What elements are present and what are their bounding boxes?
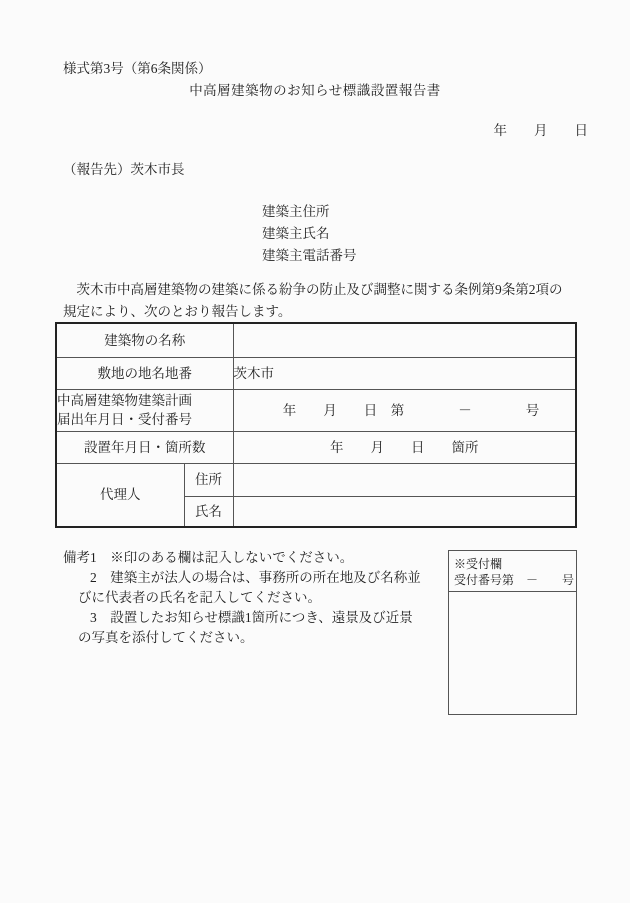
installation-date-label: 設置年月日・箇所数 xyxy=(56,431,233,463)
table-row-site-address: 敷地の地名地番 茨木市 xyxy=(56,357,576,389)
notification-date-label: 中高層建築物建築計画 届出年月日・受付番号 xyxy=(56,389,233,431)
building-name-value xyxy=(233,323,576,357)
building-name-label: 建築物の名称 xyxy=(56,323,233,357)
recipient-line: （報告先）茨木市長 xyxy=(63,160,185,179)
site-address-label: 敷地の地名地番 xyxy=(56,357,233,389)
form-number: 様式第3号（第6条関係） xyxy=(63,59,212,78)
agent-address-label: 住所 xyxy=(184,463,233,496)
applicant-phone-label: 建築主電話番号 xyxy=(262,245,357,267)
agent-name-value xyxy=(233,496,576,527)
note-line-3-continued: の写真を添付してください。 xyxy=(78,628,443,648)
table-row-notification-date: 中高層建築物建築計画 届出年月日・受付番号 年 月 日 第 － 号 xyxy=(56,389,576,431)
page-title: 中高層建築物のお知らせ標識設置報告書 xyxy=(0,81,630,100)
note-line-3: 3 設置したお知らせ標識1箇所につき、遠景及び近景 xyxy=(90,608,443,628)
receipt-box-header: ※受付欄 受付番号第 － 号 xyxy=(449,551,576,592)
receipt-box-title: ※受付欄 xyxy=(454,556,572,572)
receipt-box-empty-area xyxy=(449,592,576,712)
site-address-value: 茨木市 xyxy=(233,357,576,389)
installation-date-value: 年 月 日 箇所 xyxy=(233,431,576,463)
intro-paragraph: 茨木市中高層建築物の建築に係る紛争の防止及び調整に関する条例第9条第2項の 規定… xyxy=(63,279,581,323)
receipt-number-line: 受付番号第 － 号 xyxy=(454,572,572,588)
applicant-name-label: 建築主氏名 xyxy=(262,223,357,245)
agent-address-value xyxy=(233,463,576,496)
table-row-building-name: 建築物の名称 xyxy=(56,323,576,357)
notification-date-value: 年 月 日 第 － 号 xyxy=(233,389,576,431)
receipt-box: ※受付欄 受付番号第 － 号 xyxy=(448,550,577,715)
table-row-installation-date: 設置年月日・箇所数 年 月 日 箇所 xyxy=(56,431,576,463)
applicant-address-label: 建築主住所 xyxy=(262,201,357,223)
document-page: 様式第3号（第6条関係） 中高層建築物のお知らせ標識設置報告書 年 月 日 （報… xyxy=(0,0,630,903)
date-line: 年 月 日 xyxy=(494,121,589,140)
agent-name-label: 氏名 xyxy=(184,496,233,527)
note-line-2: 2 建築主が法人の場合は、事務所の所在地及び名称並 xyxy=(90,568,443,588)
note-line-1: 備考1 ※印のある欄は記入しないでください。 xyxy=(63,548,443,568)
agent-label: 代理人 xyxy=(56,463,184,527)
report-table: 建築物の名称 敷地の地名地番 茨木市 中高層建築物建築計画 届出年月日・受付番号… xyxy=(55,322,577,528)
notes-block: 備考1 ※印のある欄は記入しないでください。 2 建築主が法人の場合は、事務所の… xyxy=(63,548,443,648)
applicant-fields: 建築主住所 建築主氏名 建築主電話番号 xyxy=(262,201,357,267)
note-line-2-continued: びに代表者の氏名を記入してください。 xyxy=(78,588,443,608)
table-row-agent-address: 代理人 住所 xyxy=(56,463,576,496)
